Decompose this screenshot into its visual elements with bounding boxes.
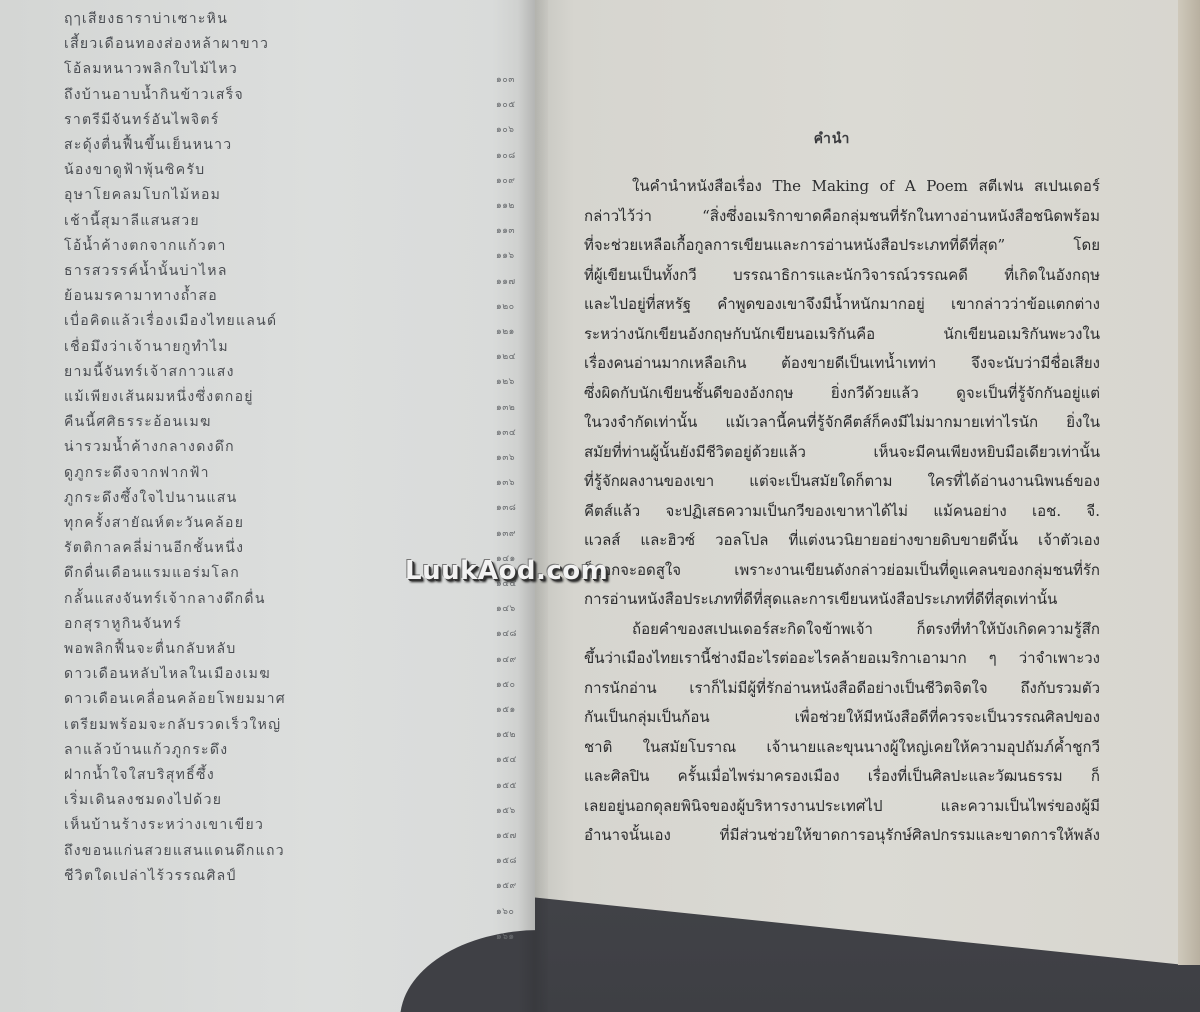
- preface-line: ในวงจำกัดเท่านั้น แม้เวลานี้คนที่รู้จักค…: [584, 412, 1100, 432]
- preface-line: เลยอยู่นอกดุลยพินิจของผู้บริหารงานประเทศ…: [584, 796, 1100, 816]
- toc-entry-page-number: ๑๒๑: [496, 324, 515, 338]
- preface-line: อำนาจนั้นเอง ที่มีส่วนช่วยให้ขาดการอนุรั…: [584, 825, 1100, 845]
- preface-line: ที่ผู้เขียนเป็นทั้งกวี บรรณาธิการและนักว…: [584, 265, 1100, 285]
- toc-entry-title: สะดุ้งตื่นฟื้นขึ้นเย็นหนาว: [64, 134, 232, 156]
- toc-entry-page-number: ๑๓๙: [496, 526, 516, 540]
- toc-entry-title: ธารสวรรค์น้ำนั้นบ่าไหล: [64, 260, 228, 282]
- toc-entry-page-number: ๑๒๐: [496, 299, 515, 313]
- toc-entry-page-number: ๑๑๓: [496, 223, 515, 237]
- toc-entry-page-number: ๑๕๐: [496, 677, 516, 691]
- preface-line: กันเป็นกลุ่มเป็นก้อน เพื่อช่วยให้มีหนังส…: [584, 707, 1100, 727]
- toc-entry-title: ฝากน้ำใจใสบริสุทธิ์ซึ้ง: [64, 764, 215, 786]
- toc-entry-page-number: ๑๔๙: [496, 652, 517, 666]
- preface-line: ที่รู้จักผลงานของเขา แต่จะเป็นสมัยใดก็ตา…: [584, 471, 1100, 491]
- toc-entry-title: เบื่อคิดแล้วเรื่องเมืองไทยแลนด์: [64, 310, 277, 332]
- toc-entry-page-number: ๑๐๖: [496, 122, 514, 136]
- toc-entry-title: เชื่อมึงว่าเจ้านายกูทำไม: [64, 336, 229, 358]
- toc-entry-title: น่ารวมน้ำค้างกลางดงดึก: [64, 436, 235, 458]
- toc-entry-page-number: ๑๐๘: [496, 148, 516, 162]
- toc-entry-page-number: ๑๒๔: [496, 349, 516, 363]
- toc-entry-page-number: ๑๕๕: [496, 778, 517, 792]
- toc-entry-page-number: ๑๔๘: [496, 626, 517, 640]
- toc-entry-title: คืนนี้ศศิธรระอ้อนเมฆ: [64, 411, 212, 433]
- toc-entry-title: ดึกดื่นเดือนแรมแอร่มโลก: [64, 562, 240, 584]
- toc-entry-title: กลั้นแสงจันทร์เจ้ากลางดึกดื่น: [64, 588, 266, 610]
- preface-line: ที่จะช่วยเหลือเกื้อกูลการเขียนและการอ่าน…: [584, 235, 1100, 255]
- toc-entry-page-number: ๑๐๕: [496, 97, 516, 111]
- toc-entry-page-number: ๑๓๔: [496, 425, 516, 439]
- toc-entry-page-number: ๑๑๖: [496, 248, 515, 262]
- toc-entry-page-number: ๑๑๒: [496, 198, 515, 212]
- preface-line: และศิลปิน ครั้นเมื่อไพร่มาครองเมือง เรื่…: [584, 766, 1100, 786]
- toc-entry-title: เริ่มเดินลงชมดงไปด้วย: [64, 789, 222, 811]
- toc-entry-title: แม้เพียงเส้นผมหนึ่งซึ่งตกอยู่: [64, 386, 254, 408]
- toc-entry-title: โอ้ลมหนาวพลิกใบไม้ไหว: [64, 58, 238, 80]
- watermark: LuukAod.com: [405, 556, 608, 586]
- toc-entry-title: ฤๅเสียงธาราบ่าเซาะหิน: [64, 8, 228, 30]
- toc-entry-page-number: ๑๐๙: [496, 173, 515, 187]
- preface-line: ก็ออกจะอดสูใจ เพราะงานเขียนดังกล่าวย่อมเ…: [584, 560, 1100, 580]
- preface-line: ถ้อยคำของสเปนเดอร์สะกิดใจข้าพเจ้า ก็ตรงท…: [632, 619, 1100, 639]
- toc-entry-title: ดาวเดือนหลับไหลในเมืองเมฆ: [64, 663, 271, 685]
- preface-title: คำนำ: [782, 128, 882, 150]
- toc-entry-title: ลาแล้วบ้านแก้วภูกระดึง: [64, 739, 228, 761]
- preface-line: เรื่องคนอ่านมากเหลือเกิน ต้องขายดีเป็นเท…: [584, 353, 1100, 373]
- toc-entry-page-number: ๑๕๘: [496, 853, 517, 867]
- toc-entry-title: ดาวเดือนเคลื่อนคล้อยโพยมมาศ: [64, 688, 286, 710]
- toc-entry-page-number: ๑๔๖: [496, 601, 516, 615]
- toc-entry-page-number: ๑๒๖: [496, 374, 515, 388]
- toc-entry-title: ดูภูกระดึงจากฟากฟ้า: [64, 462, 210, 484]
- toc-entry-page-number: ๑๓๒: [496, 400, 515, 414]
- toc-entry-title: เช้านี้สุมาลีแสนสวย: [64, 210, 200, 232]
- toc-entry-title: เสี้ยวเดือนทองส่องหล้าผาขาว: [64, 33, 269, 55]
- toc-entry-title: ภูกระดึงซึ้งใจไปนานแสน: [64, 487, 238, 509]
- toc-entry-title: ราตรีมีจันทร์อันไพจิตร์: [64, 109, 220, 131]
- toc-entry-page-number: ๑๕๔: [496, 752, 517, 766]
- toc-entry-title: ยามนี้จันทร์เจ้าสกาวแสง: [64, 361, 235, 383]
- toc-entry-page-number: ๑๖๑: [496, 929, 515, 943]
- preface-line: และไปอยู่ที่สหรัฐ คำพูดของเขาจึงมีน้ำหนั…: [584, 294, 1100, 314]
- toc-entry-title: โอ้น้ำค้างตกจากแก้วตา: [64, 235, 227, 257]
- preface-line: การอ่านหนังสือประเภทที่ดีที่สุดและการเขี…: [584, 589, 1100, 609]
- preface-line: ซึ่งผิดกับนักเขียนชั้นดีของอังกฤษ ยิ่งกว…: [584, 383, 1100, 403]
- toc-entry-title: ชีวิตใดเปล่าไร้วรรณศิลป์: [64, 865, 237, 887]
- preface-line: สมัยที่ท่านผู้นั้นยังมีชีวิตอยู่ด้วยแล้ว…: [584, 442, 1100, 462]
- toc-entry-title: ถึงขอนแก่นสวยแสนแดนดึกแถว: [64, 840, 285, 862]
- preface-line: คีตส์แล้ว จะปฏิเสธความเป็นกวีของเขาหาได้…: [584, 501, 1100, 521]
- toc-entry-title: อกสุราหูกินจันทร์: [64, 613, 182, 635]
- toc-entry-page-number: ๑๓๖: [496, 450, 515, 464]
- toc-entry-title: เห็นบ้านร้างระหว่างเขาเขียว: [64, 814, 264, 836]
- toc-entry-title: ย้อนมรคามาทางถ้ำสอ: [64, 285, 218, 307]
- preface-line: ในคำนำหนังสือเรื่อง The Making of A Poem…: [632, 176, 1100, 196]
- toc-entry-page-number: ๑๓๖: [496, 475, 515, 489]
- toc-entry-title: ถึงบ้านอาบน้ำกินข้าวเสร็จ: [64, 84, 244, 106]
- preface-line: แวลส์ และฮิวซ์ วอลโปล ที่แต่งนวนิยายอย่า…: [584, 530, 1100, 550]
- toc-entry-title: ทุกครั้งสายัณห์ตะวันคล้อย: [64, 512, 244, 534]
- toc-entry-page-number: ๑๓๘: [496, 500, 516, 514]
- toc-entry-page-number: ๑๐๓: [496, 72, 515, 86]
- preface-line: การนักอ่าน เราก็ไม่มีผู้ที่รักอ่านหนังสื…: [584, 678, 1100, 698]
- preface-line: ระหว่างนักเขียนอังกฤษกับนักเขียนอเมริกัน…: [584, 324, 1100, 344]
- toc-entry-page-number: ๑๕๙: [496, 878, 517, 892]
- toc-entry-page-number: ๑๕๑: [496, 702, 516, 716]
- toc-entry-title: รัตติกาลคลี่ม่านอีกชั้นหนึ่ง: [64, 537, 244, 559]
- toc-entry-page-number: ๑๕๖: [496, 803, 516, 817]
- toc-entry-page-number: ๑๖๐: [496, 904, 514, 918]
- toc-entry-page-number: ๑๕๗: [496, 828, 517, 842]
- toc-entry-page-number: ๑๑๗: [496, 274, 516, 288]
- toc-entry-page-number: ๑๕๒: [496, 727, 516, 741]
- preface-line: ขึ้นว่าเมืองไทยเรานี้ช่างมีอะไรต่ออะไรคล…: [584, 648, 1100, 668]
- toc-entry-title: อุษาโยคลมโบกไม้หอม: [64, 184, 221, 206]
- preface-line: กล่าวไว้ว่า “สิ่งซึ่งอเมริกาขาดคือกลุ่มช…: [584, 206, 1100, 226]
- toc-entry-title: เตรียมพร้อมจะกลับรวดเร็วใหญ่: [64, 714, 281, 736]
- toc-entry-title: พอพลิกฟื้นจะตื่นกลับหลับ: [64, 638, 237, 660]
- preface-line: ชาติ ในสมัยโบราณ เจ้านายและขุนนางผู้ใหญ่…: [584, 737, 1100, 757]
- toc-entry-title: น้องขาดูฟ้าพุ้นซิครับ: [64, 159, 205, 181]
- right-page-edge: [1178, 0, 1200, 965]
